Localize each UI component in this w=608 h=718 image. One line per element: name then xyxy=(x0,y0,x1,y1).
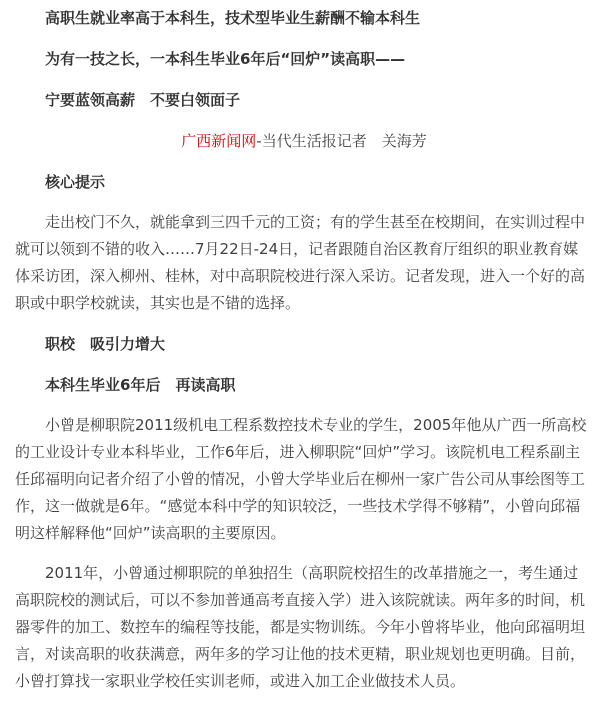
core-tip-paragraph: 走出校门不久，就能拿到三四千元的工资；有的学生甚至在校期间，在实训过程中就可以领… xyxy=(15,209,593,317)
byline: 广西新闻网-当代生活报记者 关海芳 xyxy=(15,127,593,155)
section-heading-attractiveness: 职校 吸引力增大 xyxy=(15,330,593,358)
news-article: 高职生就业率高于本科生，技术型毕业生薪酬不输本科生 为有一技之长，一本科生毕业6… xyxy=(0,0,608,718)
body-paragraph-enrollment: 2011年，小曾通过柳职院的单独招生（高职院校招生的改革措施之一，考生通过高职院… xyxy=(15,560,593,695)
headline-main: 高职生就业率高于本科生，技术型毕业生薪酬不输本科生 xyxy=(15,4,593,32)
body-paragraph-xiaozeng: 小曾是柳职院2011级机电工程系数控技术专业的学生，2005年他从广西一所高校的… xyxy=(15,412,593,547)
article-page: { "colors": { "background": "#ffffff", "… xyxy=(0,0,608,718)
headline-deck: 宁要蓝领高薪 不要白领面子 xyxy=(15,86,593,114)
source-link[interactable]: 广西新闻网 xyxy=(181,132,256,150)
headline-sub: 为有一技之长，一本科生毕业6年后“回炉”读高职—— xyxy=(15,45,593,73)
core-tip-heading: 核心提示 xyxy=(15,168,593,196)
byline-credit: -当代生活报记者 关海芳 xyxy=(256,132,426,150)
section-heading-graduate-returns: 本科生毕业6年后 再读高职 xyxy=(15,371,593,399)
